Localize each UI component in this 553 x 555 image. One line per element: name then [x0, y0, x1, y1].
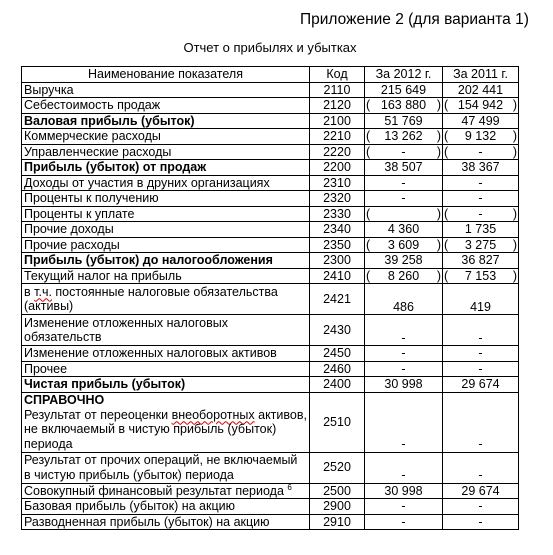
row-code: 2421 [310, 284, 365, 315]
table-row: Управленческие расходы2220-()-() [22, 144, 519, 160]
value-2011: 38 367 [443, 160, 519, 176]
value-2011: 202 441 [443, 82, 519, 98]
row-name: Прочие доходы [22, 222, 310, 238]
row-code: 2910 [310, 514, 365, 530]
value-2011: 154 942() [443, 98, 519, 114]
value-2012: 215 649 [365, 82, 443, 98]
row-code: 2460 [310, 361, 365, 377]
income-statement-table: Наименование показателя Код За 2012 г. З… [21, 66, 519, 530]
value-2012: - [365, 175, 443, 191]
row-name: Текущий налог на прибыль [22, 268, 310, 284]
value-2011: -() [443, 206, 519, 222]
paren-close: ) [513, 98, 517, 113]
row-name: Чистая прибыль (убыток) [22, 377, 310, 393]
table-row: Изменение отложенных налоговых обязатель… [22, 315, 519, 346]
value-2011: - [443, 452, 519, 483]
table-row: Результат от прочих операций, не включае… [22, 452, 519, 483]
table-row: Текущий налог на прибыль24108 260()7 153… [22, 268, 519, 284]
table-row: Разводненная прибыль (убыток) на акцию29… [22, 514, 519, 530]
paren-close: ) [437, 269, 441, 284]
column-header-2011: За 2011 г. [443, 67, 519, 83]
row-name: Прочее [22, 361, 310, 377]
row-code: 2220 [310, 144, 365, 160]
row-code: 2120 [310, 98, 365, 114]
table-row: Прочие доходы23404 3601 735 [22, 222, 519, 238]
table-row: Валовая прибыль (убыток)210051 76947 499 [22, 113, 519, 129]
row-code: 2900 [310, 499, 365, 515]
report-title: Отчет о прибылях и убытках [0, 40, 540, 55]
column-header-code: Код [310, 67, 365, 83]
row-code: 2450 [310, 346, 365, 362]
value-2012: 163 880() [365, 98, 443, 114]
row-name: Изменение отложенных налоговых обязатель… [22, 315, 310, 346]
value-2012: - [365, 452, 443, 483]
spellcheck-flag: т.ч. [34, 285, 52, 299]
row-name: Себестоимость продаж [22, 98, 310, 114]
value-2012: - [365, 191, 443, 207]
table-row: Прочее2460-- [22, 361, 519, 377]
row-name: Совокупный финансовый результат периода … [22, 483, 310, 499]
row-code: 2300 [310, 253, 365, 269]
row-name: Изменение отложенных налоговых активов [22, 346, 310, 362]
paren-open: ( [444, 207, 448, 222]
paren-close: ) [437, 145, 441, 160]
value-2012: - [365, 361, 443, 377]
value-2012: 8 260() [365, 268, 443, 284]
paren-close: ) [437, 98, 441, 113]
row-name: в т.ч. постоянные налоговые обязательств… [22, 284, 310, 315]
value-2012: 3 609() [365, 237, 443, 253]
paren-open: ( [366, 238, 370, 253]
value-2012: 51 769 [365, 113, 443, 129]
value-2011: -() [443, 144, 519, 160]
value-2012: 4 360 [365, 222, 443, 238]
row-code: 2350 [310, 237, 365, 253]
row-name: Коммерческие расходы [22, 129, 310, 145]
row-code: 2510 [310, 392, 365, 452]
paren-close: ) [437, 238, 441, 253]
column-header-2012: За 2012 г. [365, 67, 443, 83]
table-row: Базовая прибыль (убыток) на акцию2900-- [22, 499, 519, 515]
paren-close: ) [437, 207, 441, 222]
paren-close: ) [513, 145, 517, 160]
row-name: Управленческие расходы [22, 144, 310, 160]
value-2011: 9 132() [443, 129, 519, 145]
paren-close: ) [513, 269, 517, 284]
row-code: 2320 [310, 191, 365, 207]
value-2012: 486 [365, 284, 443, 315]
table-row: Проценты к получению2320-- [22, 191, 519, 207]
paren-open: ( [444, 129, 448, 144]
value-2011: - [443, 191, 519, 207]
paren-open: ( [366, 145, 370, 160]
value-2012: 30 998 [365, 377, 443, 393]
value-2011: 47 499 [443, 113, 519, 129]
value-2012: -() [365, 144, 443, 160]
row-name: Разводненная прибыль (убыток) на акцию [22, 514, 310, 530]
row-code: 2410 [310, 268, 365, 284]
row-name: СПРАВОЧНОРезультат от переоценки внеобор… [22, 392, 310, 452]
value-2012: 38 507 [365, 160, 443, 176]
value-2012: - [365, 346, 443, 362]
table-row: Прибыль (убыток) до налогообложения23003… [22, 253, 519, 269]
row-code: 2200 [310, 160, 365, 176]
row-name: Базовая прибыль (убыток) на акцию [22, 499, 310, 515]
table-row: Прибыль (убыток) от продаж220038 50738 3… [22, 160, 519, 176]
value-2011: 36 827 [443, 253, 519, 269]
row-code: 2110 [310, 82, 365, 98]
value-2012: - [365, 514, 443, 530]
table-row: Чистая прибыль (убыток)240030 99829 674 [22, 377, 519, 393]
paren-open: ( [444, 98, 448, 113]
value-2012: - [365, 315, 443, 346]
value-2011: - [443, 175, 519, 191]
table-header-row: Наименование показателя Код За 2012 г. З… [22, 67, 519, 83]
value-2011: 3 275() [443, 237, 519, 253]
reference-header: СПРАВОЧНО [24, 393, 307, 408]
value-2012: 39 258 [365, 253, 443, 269]
value-2012: 30 998 [365, 483, 443, 499]
table-row: Проценты к уплате2330()-() [22, 206, 519, 222]
value-2012: () [365, 206, 443, 222]
paren-close: ) [513, 129, 517, 144]
value-2011: - [443, 346, 519, 362]
value-2011: 29 674 [443, 483, 519, 499]
paren-close: ) [513, 238, 517, 253]
value-2011: - [443, 392, 519, 452]
table-row: СПРАВОЧНОРезультат от переоценки внеобор… [22, 392, 519, 452]
table-row: в т.ч. постоянные налоговые обязательств… [22, 284, 519, 315]
column-header-name: Наименование показателя [22, 67, 310, 83]
row-name: Выручка [22, 82, 310, 98]
row-code: 2310 [310, 175, 365, 191]
row-code: 2430 [310, 315, 365, 346]
row-name: Проценты к получению [22, 191, 310, 207]
value-2011: - [443, 499, 519, 515]
paren-open: ( [444, 269, 448, 284]
table-row: Доходы от участия в друних организациях2… [22, 175, 519, 191]
paren-open: ( [444, 238, 448, 253]
paren-open: ( [366, 207, 370, 222]
row-name: Прибыль (убыток) до налогообложения [22, 253, 310, 269]
value-2012: - [365, 499, 443, 515]
table-row: Выручка2110215 649202 441 [22, 82, 519, 98]
row-name: Валовая прибыль (убыток) [22, 113, 310, 129]
row-code: 2500 [310, 483, 365, 499]
paren-open: ( [366, 129, 370, 144]
row-name: Проценты к уплате [22, 206, 310, 222]
row-code: 2340 [310, 222, 365, 238]
value-2011: 7 153() [443, 268, 519, 284]
row-code: 2520 [310, 452, 365, 483]
appendix-label: Приложение 2 (для варианта 1) [300, 11, 529, 29]
row-code: 2330 [310, 206, 365, 222]
row-code: 2400 [310, 377, 365, 393]
row-name: Прибыль (убыток) от продаж [22, 160, 310, 176]
value-2011: - [443, 514, 519, 530]
row-code: 2100 [310, 113, 365, 129]
footnote-marker: 6 [287, 482, 291, 491]
table-row: Совокупный финансовый результат периода … [22, 483, 519, 499]
row-name: Результат от прочих операций, не включае… [22, 452, 310, 483]
paren-close: ) [437, 129, 441, 144]
row-name: Прочие расходы [22, 237, 310, 253]
value-2012: - [365, 392, 443, 452]
table-row: Себестоимость продаж2120163 880()154 942… [22, 98, 519, 114]
table-row: Прочие расходы23503 609()3 275() [22, 237, 519, 253]
value-2011: 419 [443, 284, 519, 315]
value-2011: 29 674 [443, 377, 519, 393]
spellcheck-flag: внеоборотных [172, 408, 255, 422]
row-code: 2210 [310, 129, 365, 145]
paren-close: ) [513, 207, 517, 222]
value-2011: 1 735 [443, 222, 519, 238]
table-row: Коммерческие расходы221013 262()9 132() [22, 129, 519, 145]
paren-open: ( [366, 269, 370, 284]
row-name: Доходы от участия в друних организациях [22, 175, 310, 191]
value-2011: - [443, 315, 519, 346]
value-2011: - [443, 361, 519, 377]
value-2012: 13 262() [365, 129, 443, 145]
paren-open: ( [444, 145, 448, 160]
paren-open: ( [366, 98, 370, 113]
table-row: Изменение отложенных налоговых активов24… [22, 346, 519, 362]
